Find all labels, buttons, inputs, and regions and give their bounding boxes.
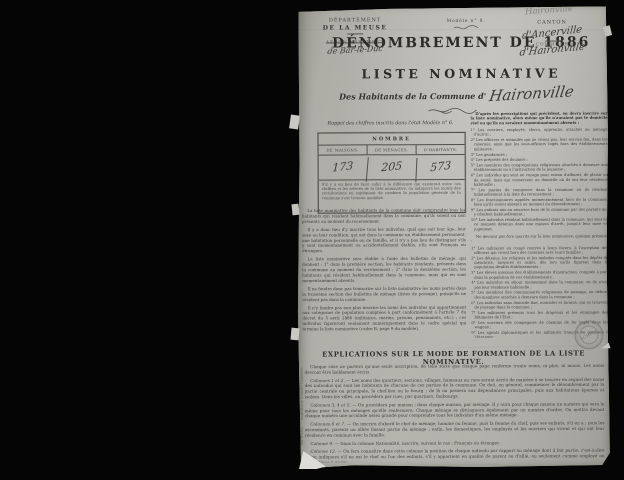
torn-edge-tab	[289, 114, 300, 129]
stamp-text: ARCHIVES	[576, 326, 602, 343]
pencil-annotation: Haironville	[499, 2, 599, 19]
recap-value-maisons: 173	[318, 152, 367, 182]
department-label: DÉPARTEMENT	[304, 17, 406, 23]
left-paragraph: Il y a donc lieu d'y inscrire tous les i…	[302, 227, 466, 255]
recap-col-menages: DE MÉNAGES.	[367, 145, 416, 154]
recap-table-values-row: 173 205 573	[319, 153, 465, 179]
left-paragraph: La liste nominative sera établie à l'aid…	[302, 256, 466, 284]
right-item: 4° Les individus en séjour momentané dan…	[471, 280, 608, 290]
right-item: 6° Les individus sans domicile fixe, nom…	[471, 300, 608, 310]
torn-edge-tab	[603, 25, 612, 36]
explanations-paragraph: Colonne 9. — Dans la colonne Nationalité…	[305, 440, 605, 447]
recap-value-menages: 205	[366, 152, 417, 181]
explanations-paragraph: Colonnes 3, 4 et 5. — On procédera par m…	[305, 402, 605, 420]
scan-viewer: Haironville DÉPARTEMENT DE LA MEUSE ARRO…	[0, 0, 624, 480]
right-item: 10° Les individus résidant habituellemen…	[471, 217, 608, 231]
right-item: 4° Les préposés des douanes ;	[471, 157, 608, 162]
explanations-paragraph: Colonnes 6 et 7. — On inscrira d'abord l…	[305, 421, 605, 439]
right-item: 2° Les officiers et assimilés qui ne viv…	[471, 137, 608, 151]
explanations-paragraph: Colonnes 1 et 2. — Les noms des quartier…	[305, 377, 605, 400]
model-number-label: Modèle n° 8.	[431, 19, 501, 24]
right-item: 7° Les militaires présents sous les drap…	[471, 310, 608, 320]
right-item: 2° Les détenus, les religieux et les mal…	[471, 256, 608, 270]
commune-name-handwritten: Haironville	[488, 82, 575, 105]
list-subtitle: Des Habitants de la Commune d'	[339, 91, 486, 102]
right-item: 6° Les individus qui sont en voyage pour…	[471, 173, 608, 187]
right-item: 1° Les ouvriers, employés, clercs, appre…	[471, 127, 608, 137]
census-document-page: Haironville DÉPARTEMENT DE LA MEUSE ARRO…	[296, 6, 610, 468]
right-item: 1° Les militaires en congé rentrés à leu…	[471, 246, 608, 256]
left-instructions-column: La liste nominative des habitants de la …	[302, 208, 467, 337]
recap-table: NOMBRE DE MAISONS. DE MÉNAGES. D'HABITAN…	[318, 132, 466, 214]
torn-edge-tab	[291, 204, 299, 216]
right-item: 5° Les membres des congrégations religie…	[471, 163, 608, 173]
model-number-block: Modèle n° 8.	[431, 19, 501, 31]
right-intro-1: D'après les prescriptions qui précèdent,…	[470, 111, 607, 125]
recap-table-header-row: DE MAISONS. DE MÉNAGES. D'HABITANTS.	[319, 143, 465, 154]
torn-edge-tab	[290, 328, 299, 341]
explanations-paragraph: Colonne 12. — On fera connaître dans cet…	[305, 448, 605, 462]
recap-table-group-header: NOMBRE	[319, 133, 465, 144]
recap-footnote: S'il y a eu lieu de faire subir à la dif…	[322, 181, 461, 199]
right-item: 9° Les enfants mis en nourrice hors de l…	[471, 207, 608, 217]
department-rule	[347, 33, 363, 34]
department-value: DE LA MEUSE	[304, 24, 406, 31]
right-item: 7° Les marins du commerce dans la commun…	[471, 187, 608, 197]
explanations-paragraph: Chaque case ne portera qu'une seule insc…	[305, 363, 605, 375]
recap-caption: Rappel des chiffres inscrits dans l'état…	[314, 121, 466, 127]
list-subtitle-row: Des Habitants de la Commune d' Haironvil…	[306, 84, 606, 103]
right-item: 8° Les fonctionnaires appelés momentaném…	[471, 197, 608, 207]
printer-imprint: Bar-le-Duc. — Imprimerie Contant-Laguerr…	[300, 370, 304, 445]
explanations-body: Chaque case ne portera qu'une seule insc…	[305, 363, 605, 462]
flourish-small	[453, 25, 479, 31]
embossed-stamp: ARCHIVES	[574, 320, 603, 349]
right-item: 3° Les élèves internes des établissement…	[471, 270, 608, 280]
left-paragraph: La liste nominative des habitants de la …	[302, 208, 466, 225]
left-paragraph: Il n'y faudra pas non plus inscrire les …	[302, 305, 466, 333]
right-instructions-column: D'après les prescriptions qui précèdent,…	[470, 111, 608, 338]
canton-commune-block: CANTON d'Ancerville COMMUNE d'Haironvill…	[504, 19, 600, 55]
list-title: LISTE NOMINATIVE	[316, 65, 606, 81]
recap-value-habitants: 573	[415, 151, 465, 182]
right-intro-2: Ne devront pas être inscrits sur la list…	[471, 234, 608, 244]
right-item: 5° Les membres des communautés religieus…	[471, 290, 608, 300]
left-paragraph: Il ne faudra donc pas transcrire sur la …	[302, 286, 466, 303]
right-item: 3° Les gendarmes ;	[471, 152, 608, 157]
canton-rule	[545, 41, 559, 42]
